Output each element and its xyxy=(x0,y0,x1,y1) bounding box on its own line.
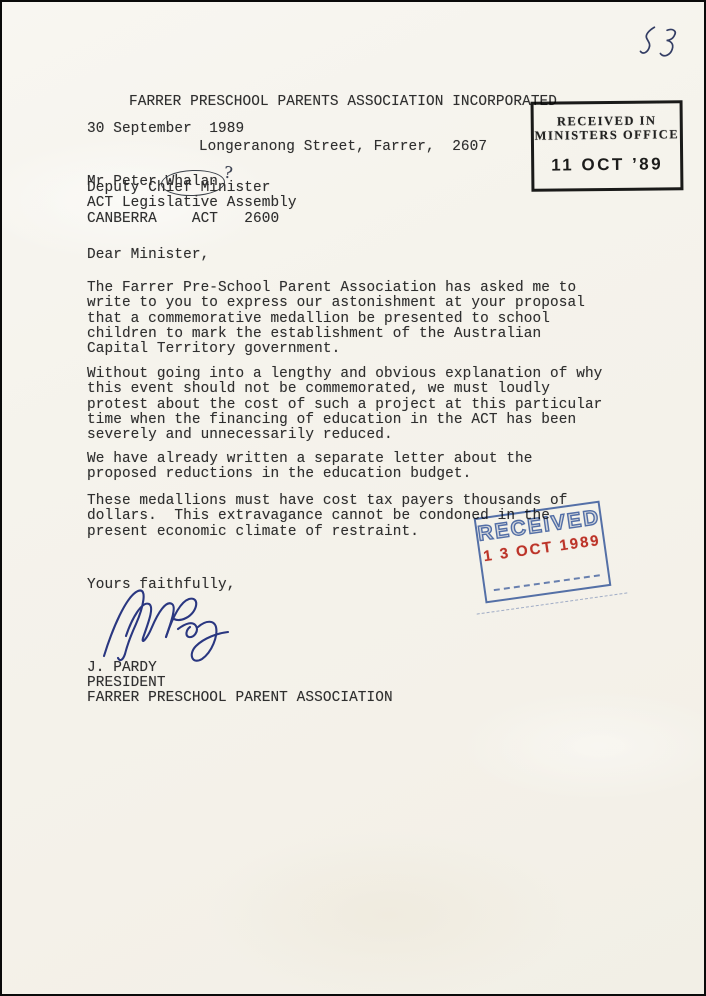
signer-org: FARRER PRESCHOOL PARENT ASSOCIATION xyxy=(87,691,393,706)
recipient-address: Deputy Chief Minister ACT Legislative As… xyxy=(87,181,297,227)
stamp-dashed-line xyxy=(494,574,600,591)
stamp-received-in-text: RECEIVED IN xyxy=(534,113,680,129)
signature-strokes xyxy=(90,582,260,664)
ministers-office-stamp: RECEIVED IN MINISTERS OFFICE 11 OCT ’89 xyxy=(531,100,684,192)
stamp-ministers-office-text: MINISTERS OFFICE xyxy=(534,127,680,143)
scanned-letter-page: FARRER PRESCHOOL PARENTS ASSOCIATION INC… xyxy=(0,0,706,996)
paragraph-1: The Farrer Pre-School Parent Association… xyxy=(87,281,585,357)
paragraph-3: We have already written a separate lette… xyxy=(87,452,533,483)
pen-question-mark: ? xyxy=(223,165,233,181)
salutation: Dear Minister, xyxy=(87,248,209,263)
signer-block: J. PARDY xyxy=(87,661,157,676)
paragraph-2: Without going into a lengthy and obvious… xyxy=(87,367,602,443)
handwritten-page-number xyxy=(632,20,684,71)
signature xyxy=(90,582,260,669)
stamp-date-11-oct: 11 OCT ’89 xyxy=(534,154,680,176)
received-date-stamp: RECEIVED 1 3 OCT 1989 xyxy=(474,501,612,604)
letter-date: 30 September 1989 xyxy=(87,122,244,137)
signer-title: PRESIDENT xyxy=(87,676,166,691)
handwritten-53-strokes xyxy=(632,20,684,66)
